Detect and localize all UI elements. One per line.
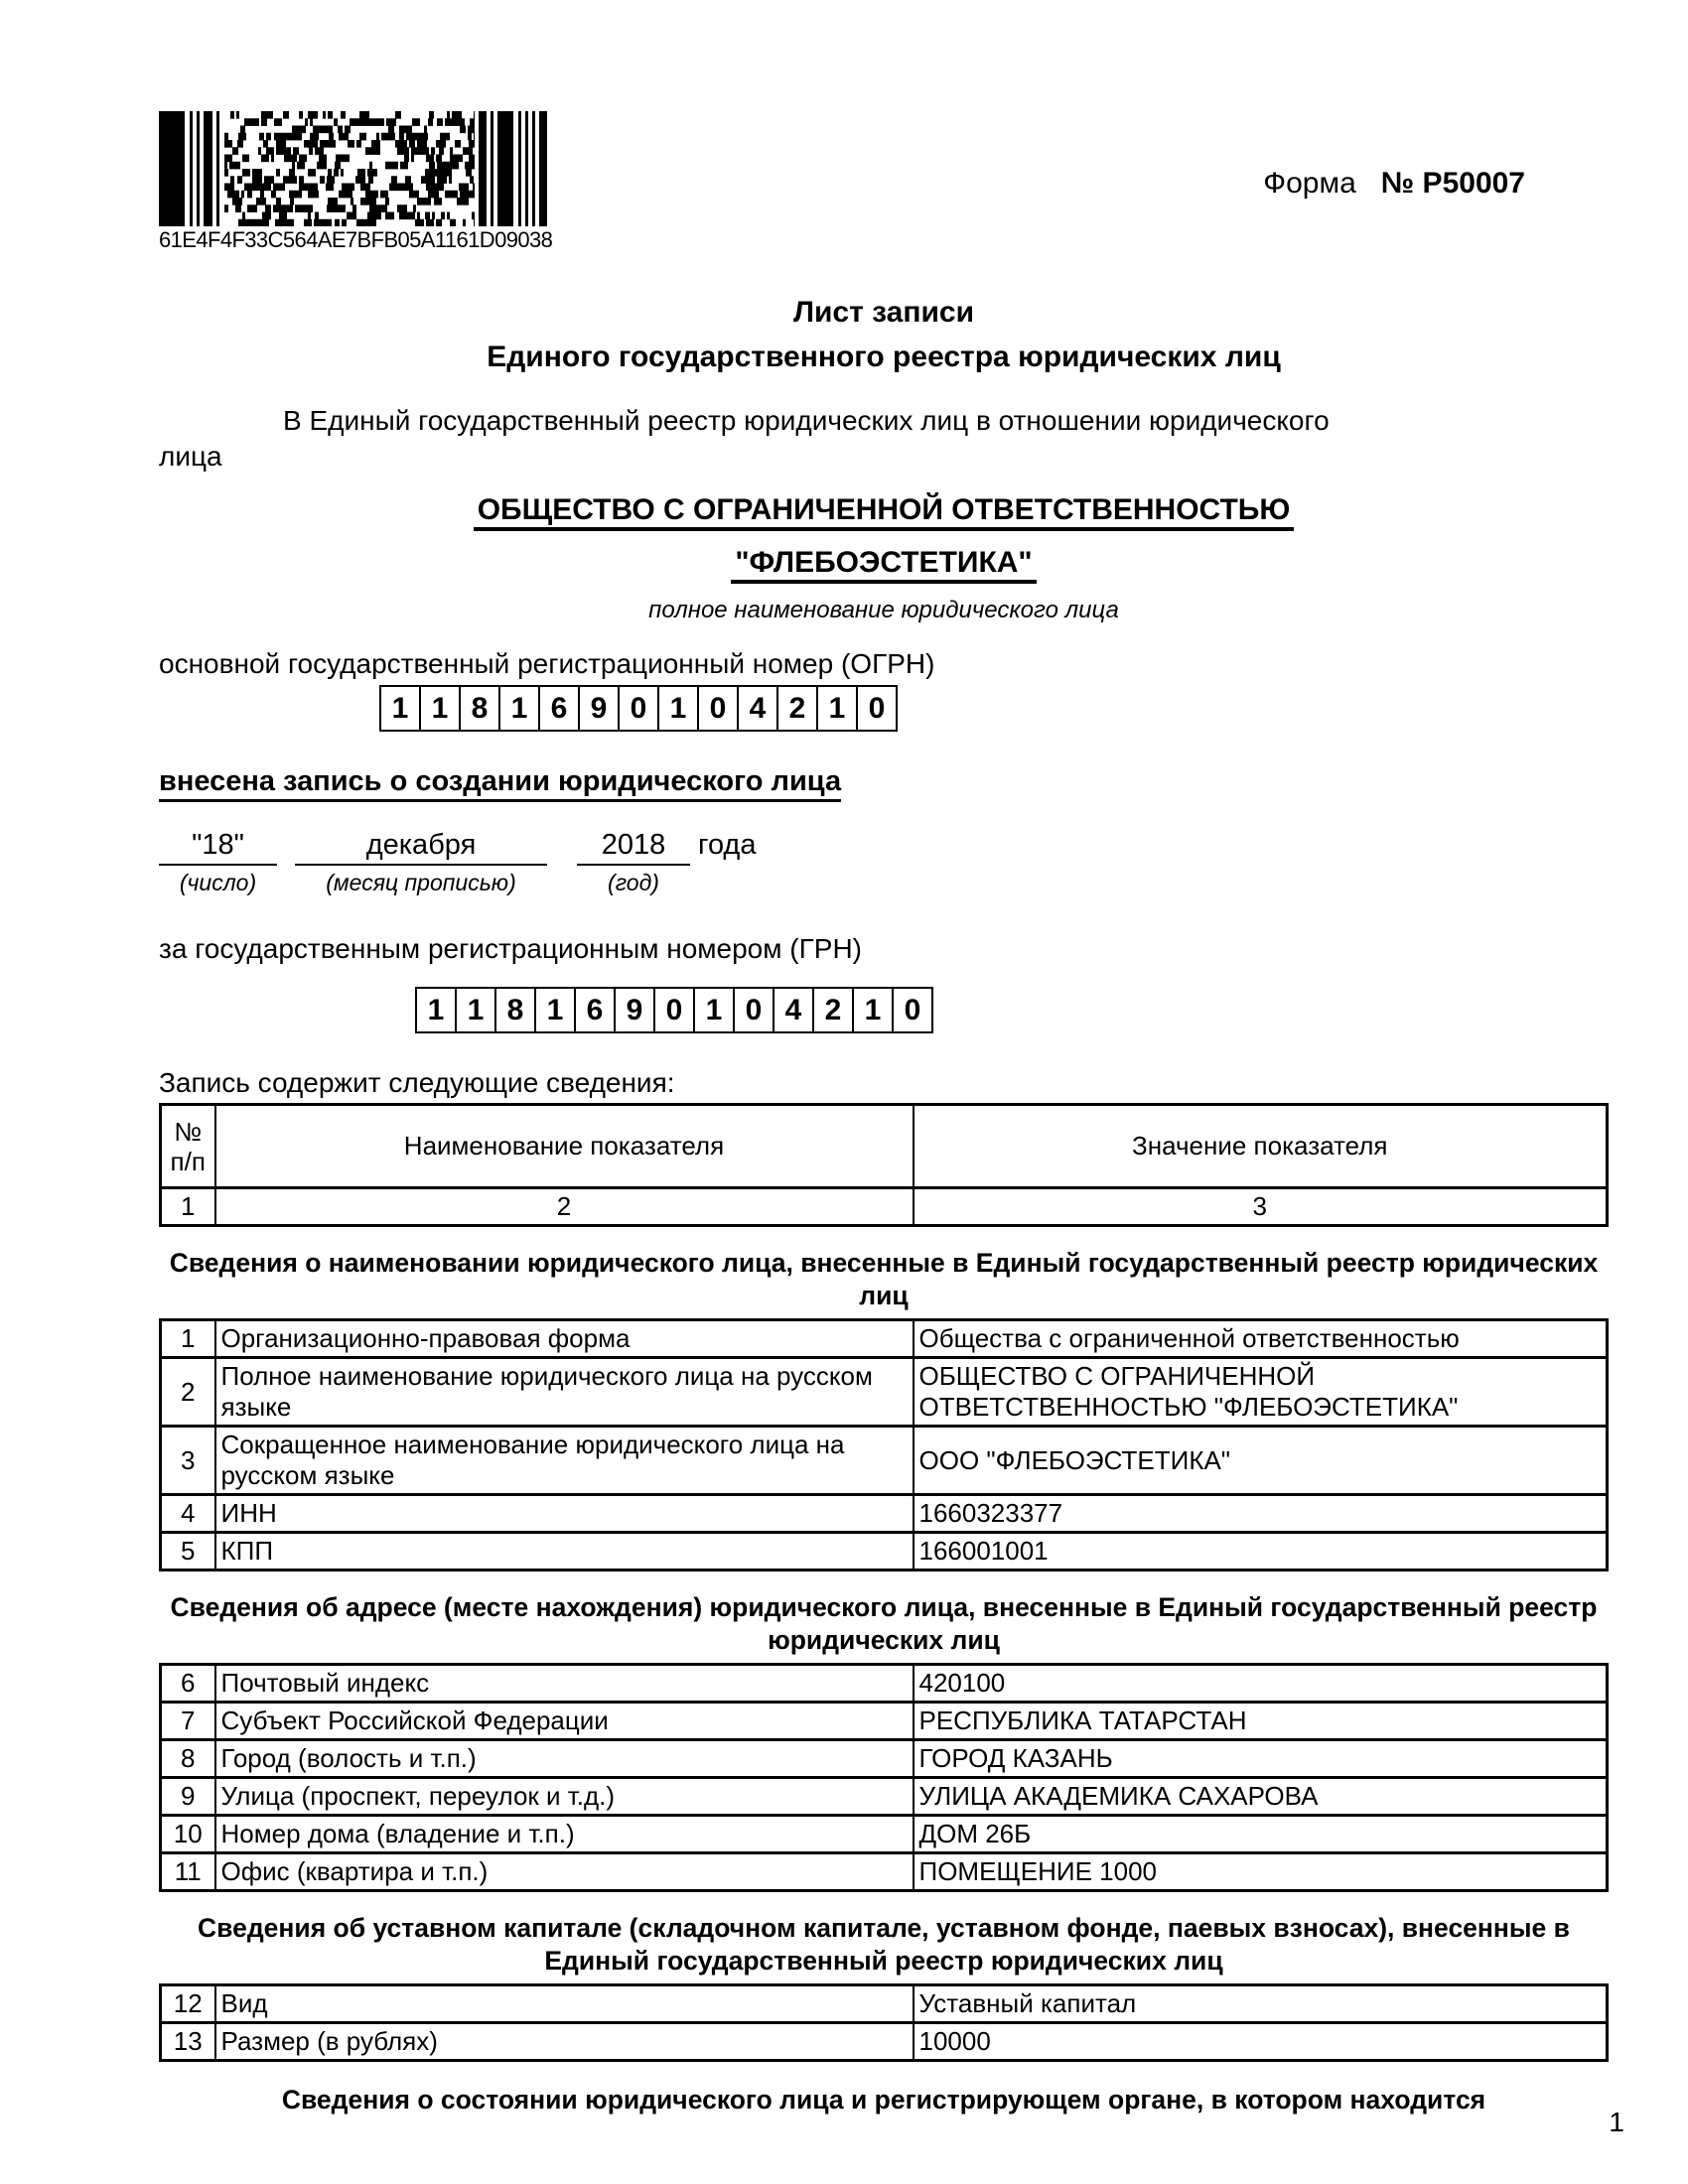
row-number: 4 (161, 1495, 215, 1533)
row-number: 11 (161, 1853, 215, 1891)
row-indicator-name: Номер дома (владение и т.п.) (215, 1816, 914, 1853)
ogrn-digit: 2 (776, 685, 818, 732)
next-section-heading: Сведения о состоянии юридического лица и… (159, 2084, 1609, 2116)
row-indicator-value: 420100 (914, 1665, 1608, 1703)
table-header-row: № п/п Наименование показателя Значение п… (161, 1105, 1608, 1188)
row-indicator-name: Вид (215, 1985, 914, 2023)
grn-label: за государственным регистрационным номер… (159, 933, 1609, 965)
date-year-suffix: года (698, 826, 756, 864)
ogrn-digit: 6 (538, 685, 580, 732)
grn-digit: 6 (574, 987, 616, 1033)
row-indicator-value: Уставный капитал (914, 1985, 1608, 2023)
barcode-text: 61E4F4F33C564AE7BFB05A1161D09038 (159, 227, 552, 253)
page-number: 1 (1609, 2107, 1624, 2138)
col-header-indicator-name: Наименование показателя (215, 1105, 914, 1188)
row-indicator-value: 10000 (914, 2023, 1608, 2061)
date-year-caption: (год) (577, 866, 690, 897)
row-indicator-value: 166001001 (914, 1533, 1608, 1570)
ogrn-digit: 8 (459, 685, 500, 732)
grn-digit-boxes: 1 1 8 1 6 9 0 1 0 4 2 1 0 (415, 987, 1609, 1033)
col-number-3: 3 (914, 1188, 1608, 1226)
row-indicator-name: Почтовый индекс (215, 1665, 914, 1703)
record-statement: внесена запись о создании юридического л… (159, 765, 1609, 798)
indicators-header-table: № п/п Наименование показателя Значение п… (159, 1103, 1609, 1227)
grn-digit: 1 (455, 987, 496, 1033)
table-row: 9 Улица (проспект, переулок и т.д.) УЛИЦ… (161, 1778, 1608, 1816)
row-indicator-value: ОБЩЕСТВО С ОГРАНИЧЕННОЙ ОТВЕТСТВЕННОСТЬЮ… (914, 1358, 1608, 1427)
table-row: 5 КПП 166001001 (161, 1533, 1608, 1570)
table-row: 4 ИНН 1660323377 (161, 1495, 1608, 1533)
grn-digit: 0 (653, 987, 695, 1033)
document-header: 61E4F4F33C564AE7BFB05A1161D09038 Форма №… (159, 111, 1609, 256)
pdf417-barcode-icon (159, 111, 552, 226)
row-indicator-name: Организационно-правовая форма (215, 1320, 914, 1358)
org-name-line-1: ОБЩЕСТВО С ОГРАНИЧЕННОЙ ОТВЕТСТВЕННОСТЬЮ (474, 493, 1295, 531)
org-name-line-2: "ФЛЕБОЭСТЕТИКА" (731, 546, 1036, 584)
table-row: 8 Город (волость и т.п.) ГОРОД КАЗАНЬ (161, 1740, 1608, 1778)
grn-digit: 1 (693, 987, 735, 1033)
date-day-group: "18" (число) (159, 826, 277, 897)
row-indicator-value: ПОМЕЩЕНИЕ 1000 (914, 1853, 1608, 1891)
table-row: 2 Полное наименование юридического лица … (161, 1358, 1608, 1427)
table-row: 7 Субъект Российской Федерации РЕСПУБЛИК… (161, 1703, 1608, 1740)
row-number: 10 (161, 1816, 215, 1853)
table-row: 3 Сокращенное наименование юридического … (161, 1427, 1608, 1495)
section-table-name: 1 Организационно-правовая форма Общества… (159, 1318, 1609, 1571)
record-date: "18" (число) декабря (месяц прописью) 20… (159, 826, 1609, 897)
row-number: 1 (161, 1320, 215, 1358)
grn-digit: 1 (852, 987, 894, 1033)
grn-digit: 0 (733, 987, 774, 1033)
ogrn-digit-boxes: 1 1 8 1 6 9 0 1 0 4 2 1 0 (379, 685, 1609, 732)
intro-line-1: В Единый государственный реестр юридичес… (159, 403, 1609, 439)
grn-digit: 0 (892, 987, 933, 1033)
row-indicator-name: Полное наименование юридического лица на… (215, 1358, 914, 1427)
table-row: 6 Почтовый индекс 420100 (161, 1665, 1608, 1703)
table-row: 12 Вид Уставный капитал (161, 1985, 1608, 2023)
date-year-value: 2018 (577, 826, 690, 866)
date-month-value: декабря (295, 826, 547, 866)
ogrn-digit: 9 (578, 685, 620, 732)
ogrn-digit: 1 (419, 685, 461, 732)
document-title: Лист записи Единого государственного рее… (159, 290, 1609, 379)
form-label: Форма (1263, 167, 1356, 200)
table-column-numbers-row: 1 2 3 (161, 1188, 1608, 1226)
row-indicator-name: Субъект Российской Федерации (215, 1703, 914, 1740)
col-header-npp-line2: п/п (167, 1147, 210, 1176)
section-heading-address: Сведения об адресе (месте нахождения) юр… (159, 1591, 1609, 1657)
row-indicator-value: ООО "ФЛЕБОЭСТЕТИКА" (914, 1427, 1608, 1495)
org-name-caption: полное наименование юридического лица (159, 597, 1609, 624)
row-number: 8 (161, 1740, 215, 1778)
row-indicator-name: Улица (проспект, переулок и т.д.) (215, 1778, 914, 1816)
form-number-value: № Р50007 (1381, 167, 1525, 200)
record-contents-label: Запись содержит следующие сведения: (159, 1067, 1609, 1099)
ogrn-digit: 4 (737, 685, 778, 732)
row-number: 3 (161, 1427, 215, 1495)
date-month-caption: (месяц прописью) (295, 866, 547, 897)
grn-digit: 1 (534, 987, 576, 1033)
col-number-1: 1 (161, 1188, 215, 1226)
ogrn-digit: 1 (379, 685, 421, 732)
row-indicator-value: ДОМ 26Б (914, 1816, 1608, 1853)
col-header-indicator-value: Значение показателя (914, 1105, 1608, 1188)
row-indicator-value: РЕСПУБЛИКА ТАТАРСТАН (914, 1703, 1608, 1740)
row-indicator-name: Город (волость и т.п.) (215, 1740, 914, 1778)
grn-digit: 4 (773, 987, 814, 1033)
row-indicator-name: Размер (в рублях) (215, 2023, 914, 2061)
date-month-group: декабря (месяц прописью) (295, 826, 547, 897)
row-number: 2 (161, 1358, 215, 1427)
row-number: 12 (161, 1985, 215, 2023)
row-number: 5 (161, 1533, 215, 1570)
section-table-capital: 12 Вид Уставный капитал 13 Размер (в руб… (159, 1983, 1609, 2062)
table-row: 11 Офис (квартира и т.п.) ПОМЕЩЕНИЕ 1000 (161, 1853, 1608, 1891)
row-indicator-name: ИНН (215, 1495, 914, 1533)
ogrn-digit: 1 (498, 685, 540, 732)
grn-digit: 2 (812, 987, 854, 1033)
intro-line-2: лица (159, 439, 1609, 475)
form-number: Форма № Р50007 (1263, 167, 1525, 201)
row-indicator-name: КПП (215, 1533, 914, 1570)
row-number: 6 (161, 1665, 215, 1703)
section-heading-name: Сведения о наименовании юридического лиц… (159, 1247, 1609, 1312)
section-heading-capital: Сведения об уставном капитале (складочно… (159, 1912, 1609, 1978)
row-indicator-value: 1660323377 (914, 1495, 1608, 1533)
grn-digit: 8 (494, 987, 536, 1033)
ogrn-digit: 1 (816, 685, 858, 732)
title-line-2: Единого государственного реестра юридиче… (159, 335, 1609, 379)
barcode-block: 61E4F4F33C564AE7BFB05A1161D09038 (159, 111, 552, 253)
ogrn-label: основной государственный регистрационный… (159, 648, 1609, 680)
row-indicator-value: УЛИЦА АКАДЕМИКА САХАРОВА (914, 1778, 1608, 1816)
ogrn-digit: 0 (697, 685, 739, 732)
row-number: 13 (161, 2023, 215, 2061)
row-indicator-name: Сокращенное наименование юридического ли… (215, 1427, 914, 1495)
section-table-address: 6 Почтовый индекс 420100 7 Субъект Росси… (159, 1663, 1609, 1892)
row-number: 9 (161, 1778, 215, 1816)
grn-digit: 9 (614, 987, 655, 1033)
title-line-1: Лист записи (159, 290, 1609, 335)
ogrn-digit: 0 (618, 685, 659, 732)
row-indicator-value: Общества с ограниченной ответственностью (914, 1320, 1608, 1358)
ogrn-digit: 0 (856, 685, 898, 732)
date-day-caption: (число) (159, 866, 277, 897)
row-number: 7 (161, 1703, 215, 1740)
table-row: 13 Размер (в рублях) 10000 (161, 2023, 1608, 2061)
document-page: 61E4F4F33C564AE7BFB05A1161D09038 Форма №… (0, 0, 1688, 2116)
ogrn-digit: 1 (657, 685, 699, 732)
organization-name: ОБЩЕСТВО С ОГРАНИЧЕННОЙ ОТВЕТСТВЕННОСТЬЮ… (159, 486, 1609, 592)
date-day-value: "18" (159, 826, 277, 866)
date-year-group: 2018 (год) (577, 826, 690, 897)
table-row: 1 Организационно-правовая форма Общества… (161, 1320, 1608, 1358)
col-header-npp: № п/п (161, 1105, 215, 1188)
row-indicator-value: ГОРОД КАЗАНЬ (914, 1740, 1608, 1778)
row-indicator-name: Офис (квартира и т.п.) (215, 1853, 914, 1891)
grn-digit: 1 (415, 987, 457, 1033)
record-statement-text: внесена запись о создании юридического л… (159, 765, 841, 802)
col-header-npp-line1: № (167, 1117, 210, 1147)
col-number-2: 2 (215, 1188, 914, 1226)
intro-paragraph: В Единый государственный реестр юридичес… (159, 403, 1609, 475)
table-row: 10 Номер дома (владение и т.п.) ДОМ 26Б (161, 1816, 1608, 1853)
